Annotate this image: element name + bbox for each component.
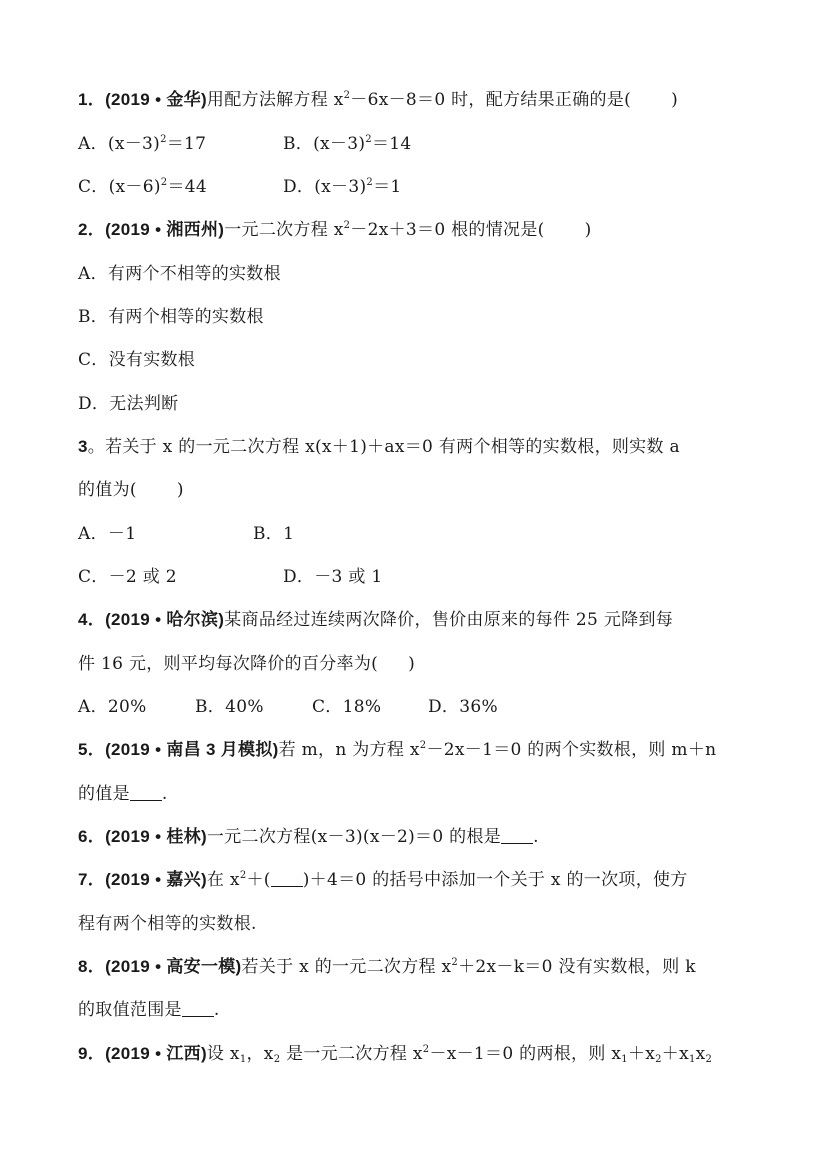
- option-a: A．有两个不相等的实数根: [78, 262, 281, 286]
- question-source: (2019 • 湘西州): [105, 220, 224, 239]
- option-d: D．－3 或 1: [283, 565, 382, 589]
- question-source: (2019 • 嘉兴): [105, 870, 207, 889]
- option-b: B．40%: [195, 695, 264, 719]
- question-7-stem: 7．(2019 • 嘉兴)在 x2＋()＋4＝0 的括号中添加一个关于 x 的一…: [78, 868, 688, 892]
- question-8-stem-line2: 的取值范围是.: [78, 998, 220, 1022]
- question-source: (2019 • 南昌 3 月模拟): [105, 740, 279, 759]
- fill-blank: [130, 784, 162, 801]
- question-5-stem-line2: 的值是.: [78, 782, 168, 806]
- option-c: C．(x－6)2＝44: [78, 175, 207, 199]
- question-source: (2019 • 桂林): [105, 827, 207, 846]
- option-a: A．－1: [78, 522, 136, 546]
- question-9-stem: 9．(2019 • 江西)设 x1，x2 是一元二次方程 x2－x－1＝0 的两…: [78, 1042, 712, 1066]
- option-c: C．没有实数根: [78, 348, 195, 372]
- fill-blank: [182, 1000, 214, 1017]
- option-d: D．36%: [428, 695, 498, 719]
- fill-blank: [271, 870, 303, 887]
- question-source: (2019 • 高安一模): [105, 957, 241, 976]
- question-7-stem-line2: 程有两个相等的实数根.: [78, 912, 257, 936]
- option-b: B．(x－3)2＝14: [283, 132, 411, 156]
- option-a: A．(x－3)2＝17: [78, 132, 206, 156]
- fill-blank: [501, 827, 533, 844]
- question-6-stem: 6．(2019 • 桂林)一元二次方程(x－3)(x－2)＝0 的根是.: [78, 825, 539, 849]
- question-5-stem: 5．(2019 • 南昌 3 月模拟)若 m，n 为方程 x2－2x－1＝0 的…: [78, 738, 716, 762]
- option-d: D．无法判断: [78, 392, 178, 416]
- option-b: B．1: [253, 522, 294, 546]
- option-c: C．－2 或 2: [78, 565, 177, 589]
- question-source: (2019 • 金华): [105, 90, 207, 109]
- option-d: D．(x－3)2＝1: [283, 175, 402, 199]
- option-a: A．20%: [78, 695, 147, 719]
- option-c: C．18%: [312, 695, 381, 719]
- question-1-stem: 1．(2019 • 金华)用配方法解方程 x2－6x－8＝0 时，配方结果正确的…: [78, 88, 678, 112]
- question-4-stem-line2: 件 16 元，则平均每次降价的百分率为(): [78, 652, 415, 676]
- question-source: (2019 • 哈尔滨): [105, 610, 224, 629]
- question-4-stem: 4．(2019 • 哈尔滨)某商品经过连续两次降价，售价由原来的每件 25 元降…: [78, 608, 673, 632]
- question-2-stem: 2．(2019 • 湘西州)一元二次方程 x2－2x＋3＝0 根的情况是(): [78, 218, 592, 242]
- option-b: B．有两个相等的实数根: [78, 305, 264, 329]
- question-source: (2019 • 江西): [105, 1044, 207, 1063]
- question-8-stem: 8．(2019 • 高安一模)若关于 x 的一元二次方程 x2＋2x－k＝0 没…: [78, 955, 696, 979]
- question-3-stem: 3。若关于 x 的一元二次方程 x(x＋1)＋ax＝0 有两个相等的实数根，则实…: [78, 435, 680, 459]
- question-3-stem-line2: 的值为(): [78, 478, 184, 502]
